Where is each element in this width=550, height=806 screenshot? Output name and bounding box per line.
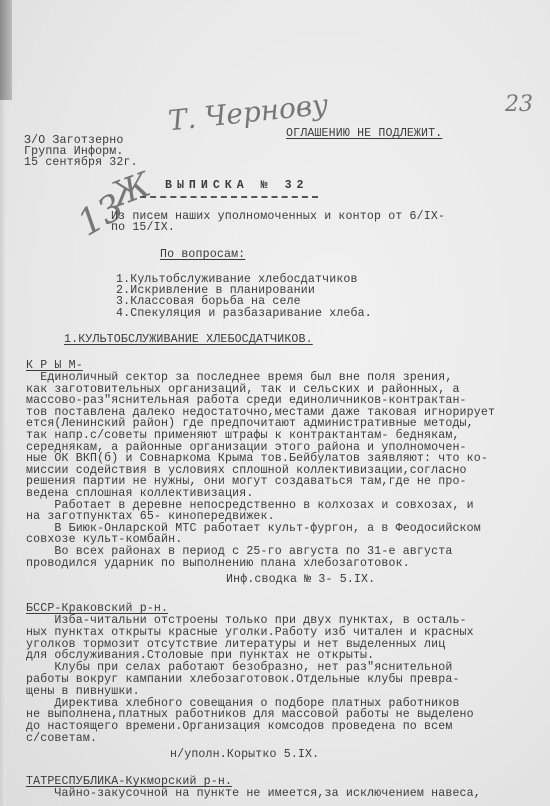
- region-heading-tatar: ТАТРЕСПУБЛИКА-Кукморский р-н.: [26, 776, 232, 787]
- header-date: 15 сентября 32г.: [24, 157, 138, 168]
- section-heading: 1.КУЛЬТОБСЛУЖИВАНИЕ ХЛЕБОСДАТЧИКОВ.: [64, 334, 313, 345]
- text-line: уголков тормозит отсутствие литературы и…: [26, 639, 445, 650]
- page-edge: [0, 100, 6, 806]
- topics-heading: По вопросам:: [160, 249, 245, 260]
- text-line: Изба-читальни отстроены только при двух …: [26, 615, 467, 626]
- text-line: Во всех районах в период с 25-го августа…: [26, 546, 452, 557]
- topic-item: 3.Классовая борьба на селе: [116, 296, 301, 307]
- text-line: до настоящего времени.Организация комсод…: [26, 721, 452, 732]
- text-line: массово-раз"яснительная работа среди еди…: [26, 395, 467, 406]
- document-page: Т. Чернову 23 13 Ж З/О Заготзерно Группа…: [0, 0, 550, 806]
- title-underline: [140, 196, 318, 198]
- text-line: для обслуживания.Столовые при пунктах не…: [26, 650, 374, 661]
- text-line: ных пунктах открыты красные уголки.Работ…: [26, 627, 474, 638]
- text-line: ведена сплошная коллективизация.: [26, 488, 253, 499]
- text-line: Единоличный сектор за последнее время бы…: [26, 372, 452, 383]
- subtitle-line-2: по 15/IX.: [111, 222, 175, 233]
- crimea-source: Инф.сводка № 3- 5.IX.: [226, 574, 375, 585]
- page-edge-shadow: [0, 0, 12, 100]
- bssr-source: н/уполн.Корытко 5.IX.: [170, 749, 319, 760]
- text-line: проводился ударник по выполнению плана х…: [26, 558, 410, 569]
- text-line: щены в пивнушки.: [26, 686, 140, 697]
- text-line: Чайно-закусочной на пункте не имеется,за…: [26, 788, 481, 799]
- text-line: на заготпунктах 65- кинопередвижек.: [26, 511, 275, 522]
- region-heading-crimea: К Р Ы М-: [26, 360, 83, 371]
- text-line: миссии содействия в условиях сплошной ко…: [26, 465, 467, 476]
- text-line: Клубы при селах работают безобразно, нет…: [26, 662, 452, 673]
- text-line: Работает в деревне непосредственно в кол…: [26, 500, 474, 511]
- text-line: работы вокруг кампании хлебозаготовок.От…: [26, 674, 460, 685]
- text-line: совхозе культ-комбайн.: [26, 534, 182, 545]
- text-line: ные ОК ВКП(б) и Совнаркома Крыма тов.Бей…: [26, 453, 488, 464]
- topic-item: 4.Спекуляция и разбазаривание хлеба.: [116, 308, 372, 319]
- text-line: с/советам.: [26, 733, 97, 744]
- text-line: В Биюк-Онларской МТС работает культ-фург…: [26, 523, 481, 534]
- text-line: решения партии не нужны, они могут созда…: [26, 476, 467, 487]
- text-line: ется(Ленинский район) где предпочитают а…: [26, 418, 474, 429]
- text-line: как заготовительных организаций, так и с…: [26, 384, 460, 395]
- page-number: 23: [505, 92, 533, 117]
- text-line: Директива хлебного совещания о подборе п…: [26, 698, 460, 709]
- text-line: не выполнена,платных работников для масс…: [26, 709, 474, 720]
- classification-stamp: ОГЛАШЕНИЮ НЕ ПОДЛЕЖИТ.: [286, 128, 442, 139]
- document-title: ВЫПИСКА № 32: [165, 180, 309, 191]
- region-heading-bssr: БССР-Краковский р-н.: [26, 603, 168, 614]
- text-line: так напр.с/советы применяют штрафы к кон…: [26, 430, 460, 441]
- text-line: тов поставлена далеко недостаточно,места…: [26, 407, 495, 418]
- text-line: середнякам, а районные организации этого…: [26, 442, 467, 453]
